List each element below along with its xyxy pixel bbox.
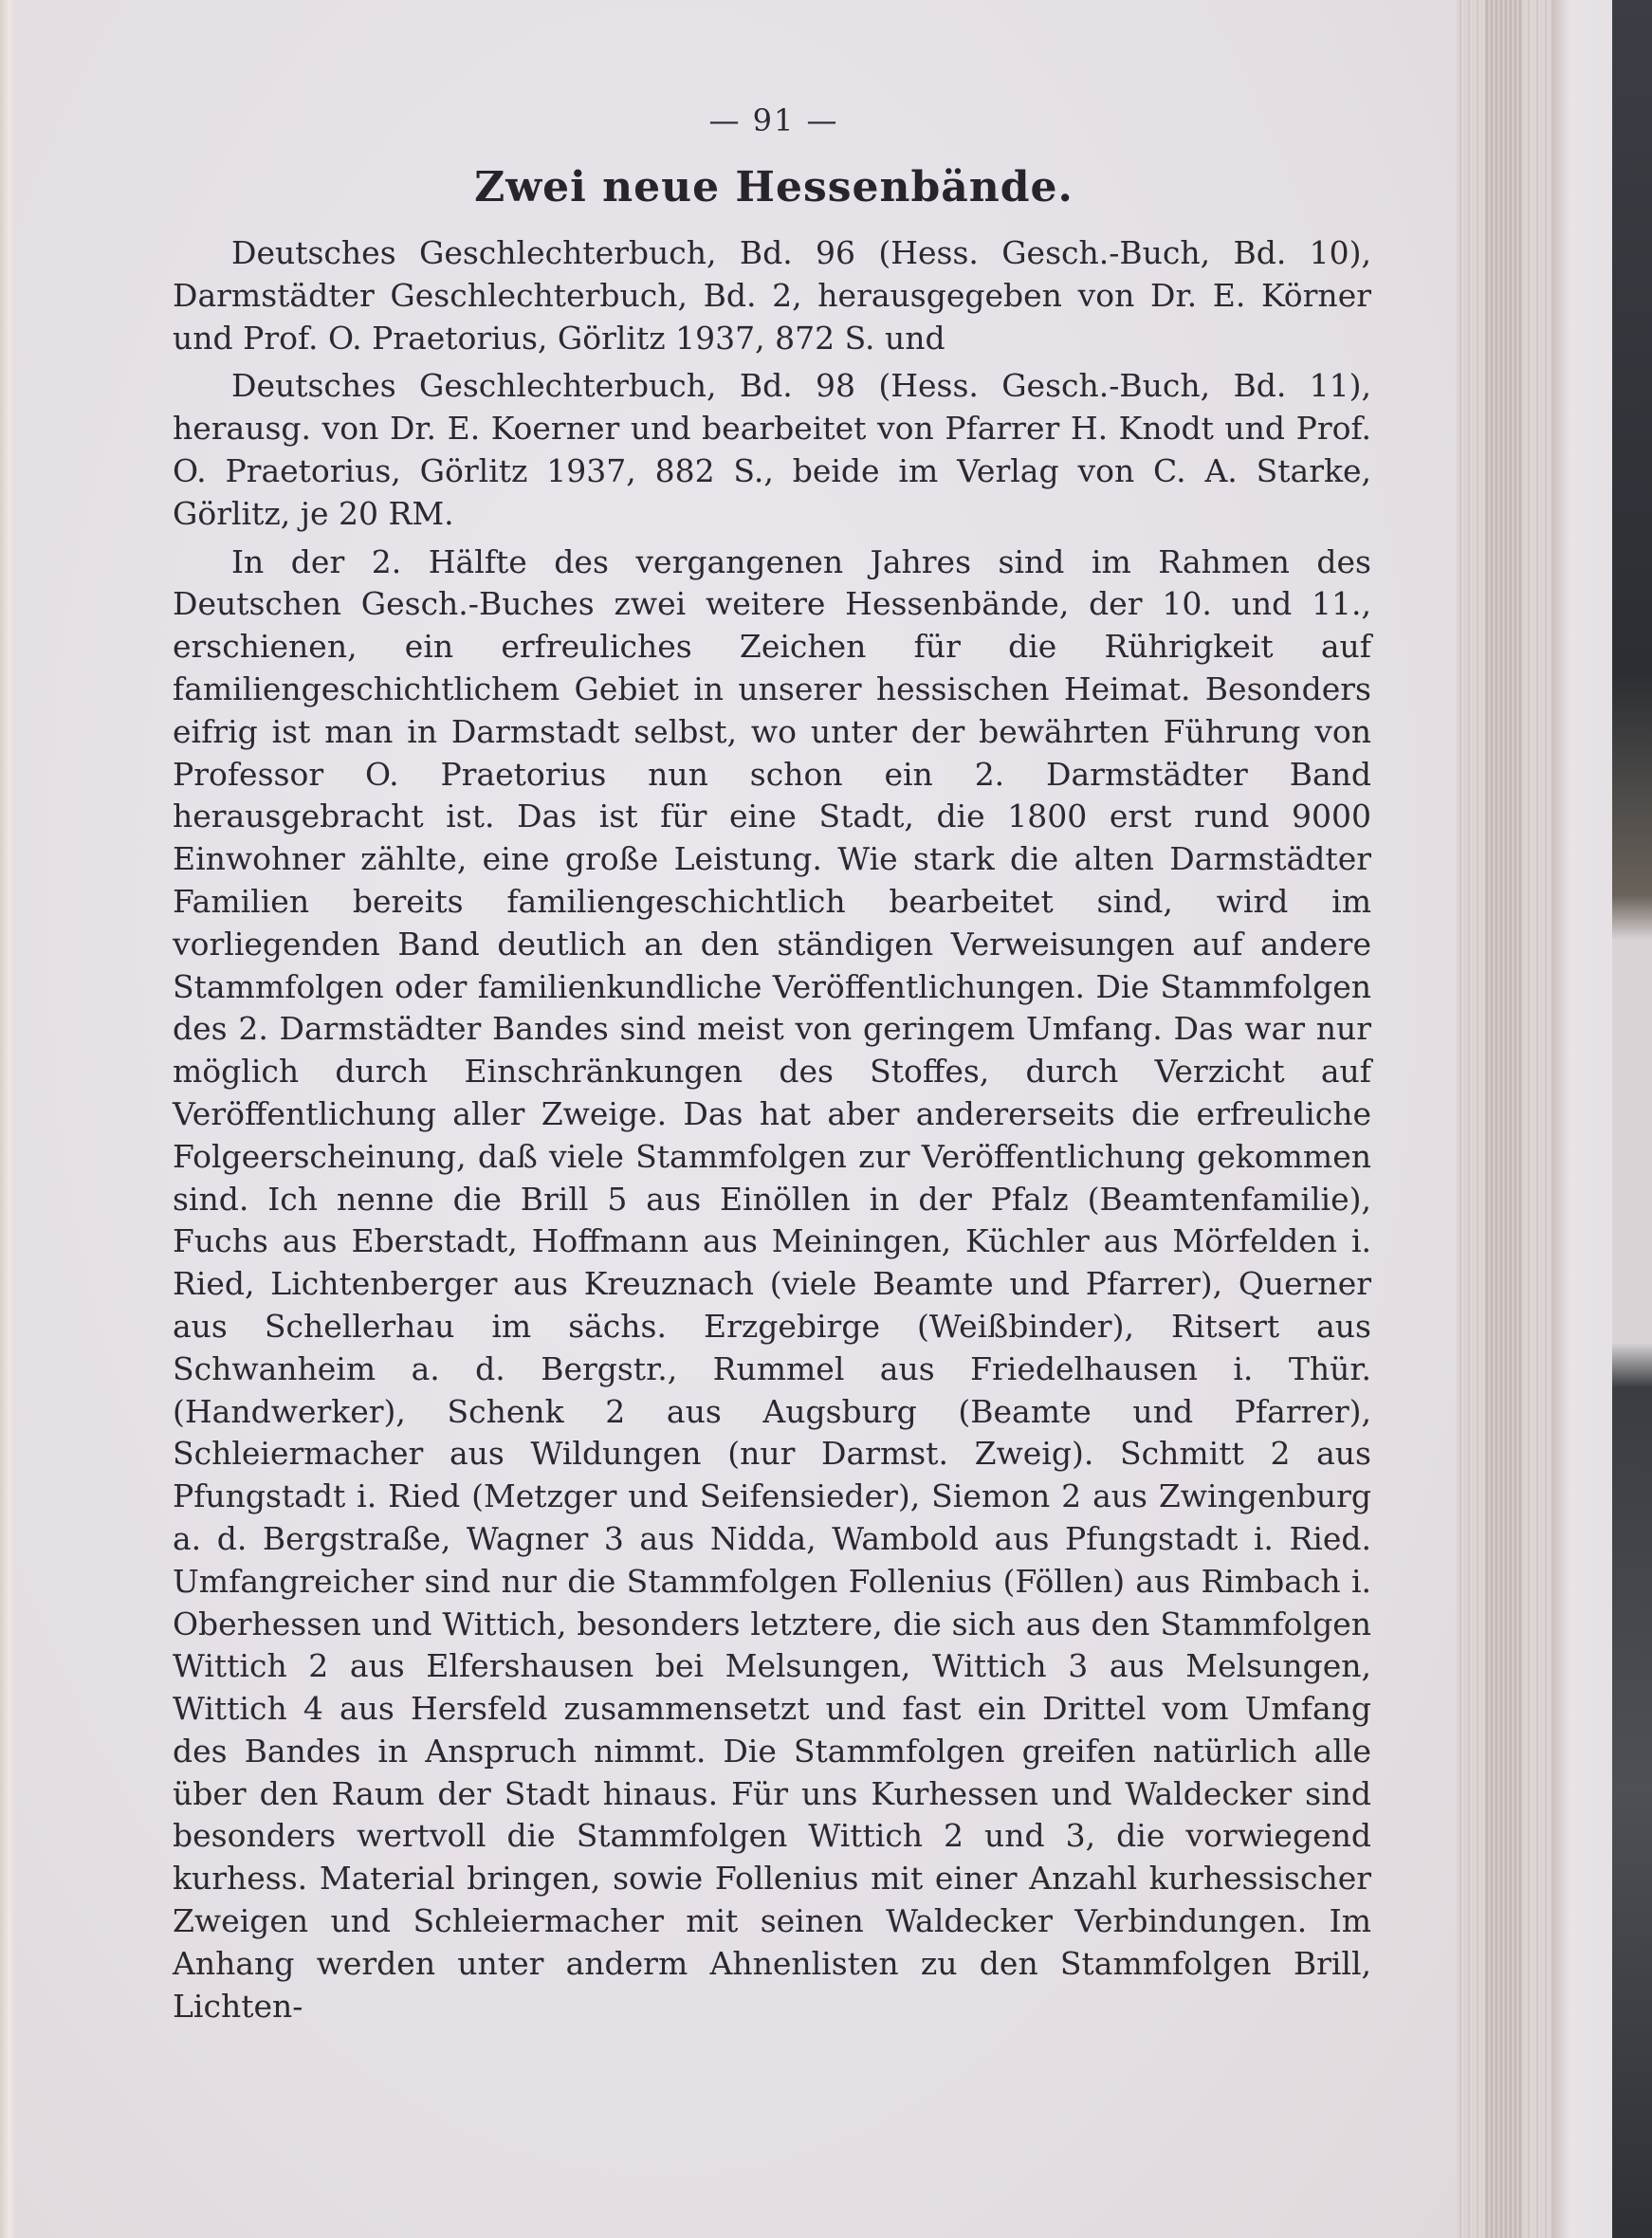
- book-page: — 91 — Zwei neue Hessenbände. Deutsches …: [15, 0, 1457, 2238]
- page-number: — 91 —: [15, 102, 1533, 138]
- reference-paragraph-2: Deutsches Geschlechterbuch, Bd. 98 (Hess…: [173, 365, 1371, 535]
- article-body: Deutsches Geschlechterbuch, Bd. 96 (Hess…: [173, 232, 1371, 2027]
- book-left-edge: [0, 0, 15, 2238]
- book-cover-edge: [1612, 0, 1652, 2238]
- article-title: Zwei neue Hessenbände.: [15, 163, 1533, 211]
- page-stack-edge: [1457, 0, 1599, 2238]
- review-paragraph: In der 2. Hälfte des vergangenen Jahres …: [173, 541, 1371, 2028]
- reference-paragraph-1: Deutsches Geschlechterbuch, Bd. 96 (Hess…: [173, 232, 1371, 359]
